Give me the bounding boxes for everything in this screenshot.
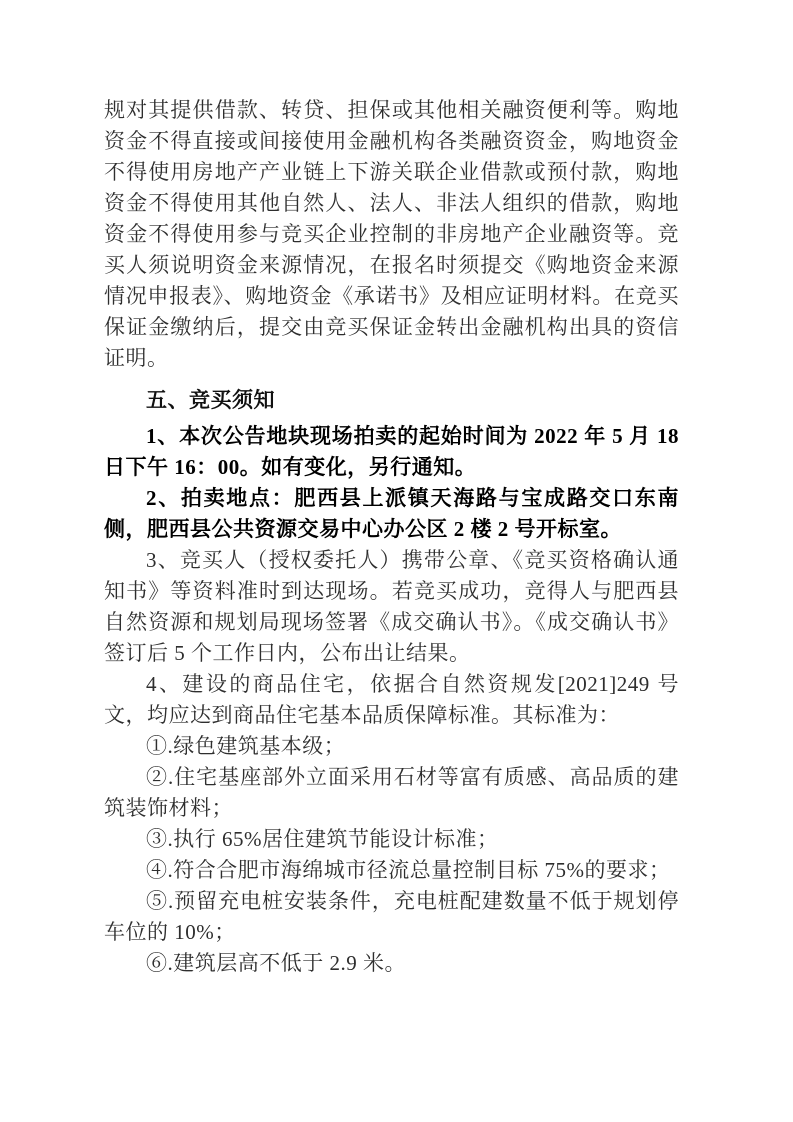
list-item-sponge-city-runoff-target: ④.符合合肥市海绵城市径流总量控制目标 75%的要求； <box>104 855 679 886</box>
list-item-facade-stone-materials: ②.住宅基座部外立面采用石材等富有质感、高品质的建筑装饰材料； <box>104 762 679 824</box>
paragraph-auction-start-time: 1、本次公告地块现场拍卖的起始时间为 2022 年 5 月 18 日下午 16：… <box>104 421 679 483</box>
section-heading-bidding-instructions: 五、竞买须知 <box>104 385 679 416</box>
document-page: 规对其提供借款、转贷、担保或其他相关融资便利等。购地资金不得直接或间接使用金融机… <box>0 0 793 1122</box>
list-item-green-building-basic-level: ①.绿色建筑基本级； <box>104 731 679 762</box>
paragraph-land-fund-source-rules: 规对其提供借款、转贷、担保或其他相关融资便利等。购地资金不得直接或间接使用金融机… <box>104 95 679 374</box>
list-item-ev-charging-piles: ⑤.预留充电桩安装条件，充电桩配建数量不低于规划停车位的 10%； <box>104 886 679 948</box>
list-item-floor-height: ⑥.建筑层高不低于 2.9 米。 <box>104 948 679 979</box>
paragraph-auction-location: 2、拍卖地点：肥西县上派镇天海路与宝成路交口东南侧，肥西县公共资源交易中心办公区… <box>104 483 679 545</box>
paragraph-housing-quality-standards-intro: 4、建设的商品住宅，依据合自然资规发[2021]249 号文，均应达到商品住宅基… <box>104 669 679 731</box>
list-item-energy-saving-standard: ③.执行 65%居住建筑节能设计标准； <box>104 824 679 855</box>
paragraph-bidder-attendance-and-confirmation: 3、竞买人（授权委托人）携带公章、《竞买资格确认通知书》等资料准时到达现场。若竞… <box>104 545 679 669</box>
